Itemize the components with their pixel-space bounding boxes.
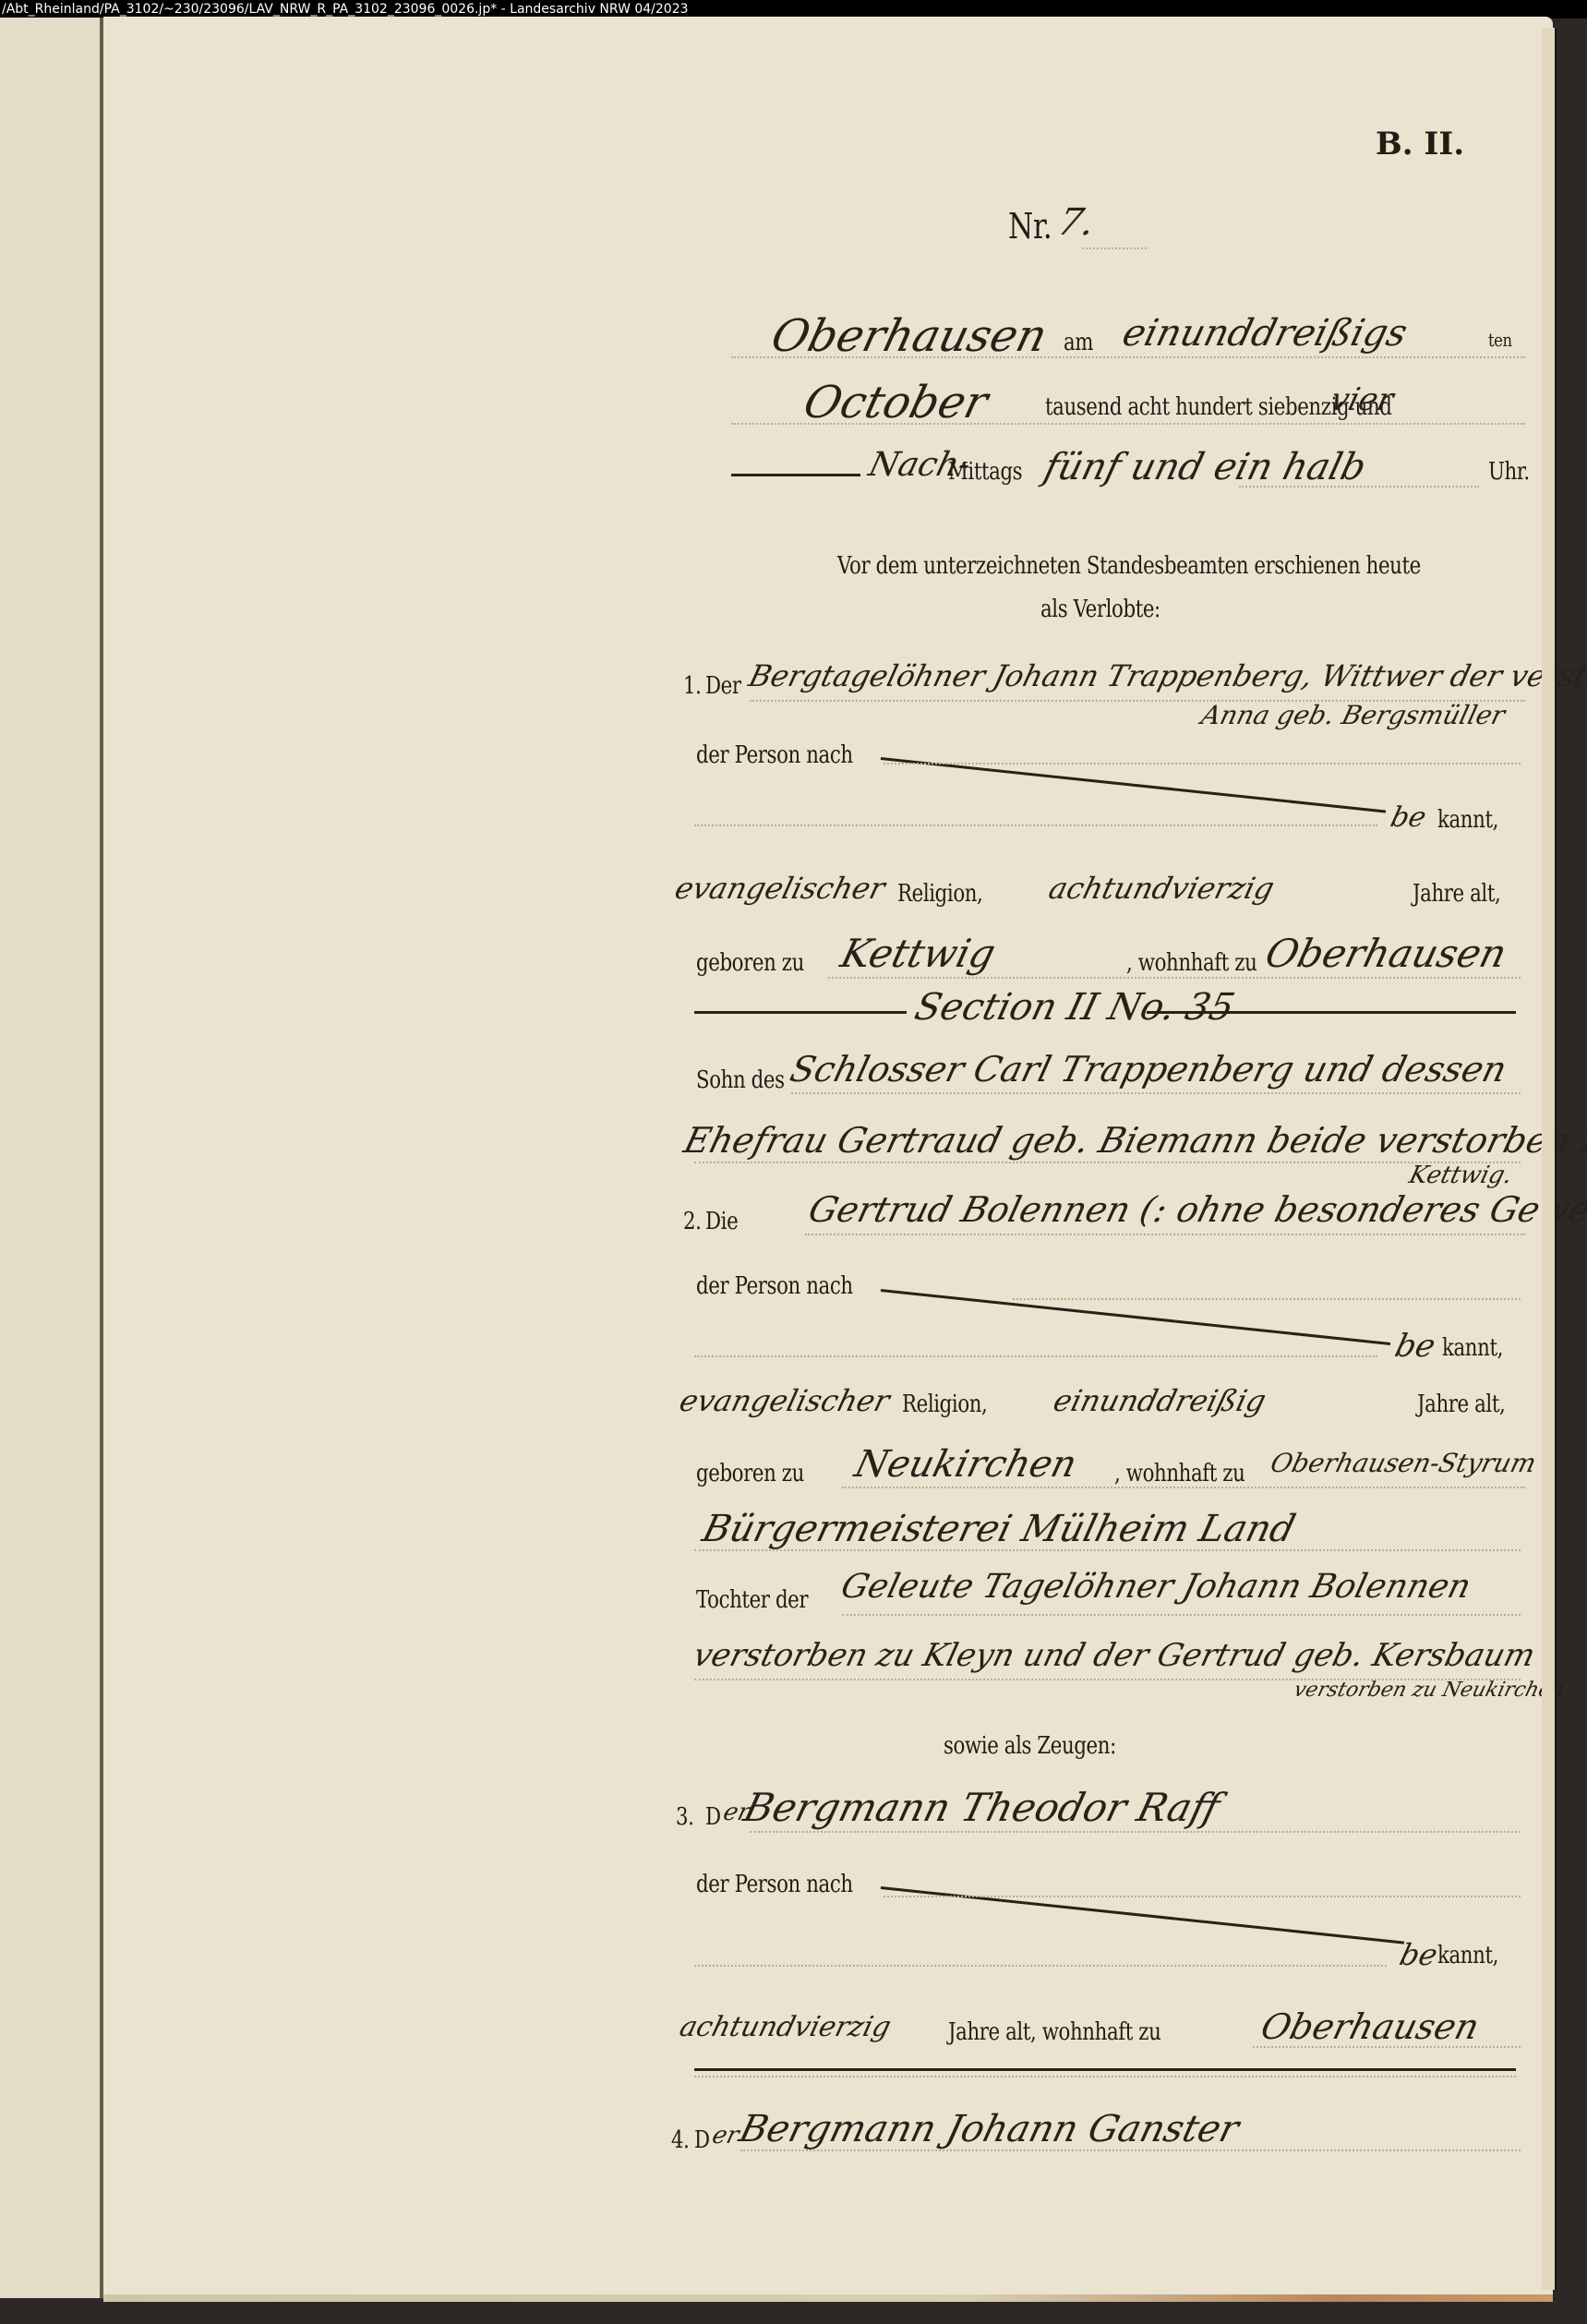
person1-dotline-2 — [884, 763, 1521, 765]
witness3-end-rule — [694, 2068, 1516, 2071]
person1-parents-line-2: Ehefrau Gertraud geb. Biemann beide vers… — [680, 1120, 1587, 1161]
left-page — [0, 18, 102, 2298]
person1-age-label: Jahre alt, — [1413, 880, 1500, 908]
window-title: /Abt_Rheinland/PA_3102/~230/23096/LAV_NR… — [2, 2, 689, 17]
person2-resides-hand: Oberhausen-Styrum — [1268, 1448, 1539, 1478]
witness3-person-nach: der Person nach — [696, 1871, 853, 1898]
intro-line-2: als Verlobte: — [1040, 596, 1160, 623]
person1-kannt-hand: be — [1388, 801, 1430, 834]
person2-index: 2. — [683, 1208, 702, 1235]
person2-dotline — [805, 1234, 1525, 1235]
person2-dotline-6 — [842, 1614, 1521, 1616]
month-hand: October — [799, 377, 992, 428]
person1-religion-label: Religion, — [897, 880, 982, 908]
person1-address-rule-left — [694, 1011, 907, 1014]
witness3-kannt-print: kannt, — [1437, 1942, 1498, 1969]
person2-parents-line-1: Geleute Tagelöhner Johann Bolennen — [837, 1568, 1474, 1606]
header-dotline-3 — [1239, 486, 1479, 488]
witness3-name-hand: Bergmann Theodor Raff — [739, 1785, 1224, 1830]
person2-born-hand: Neukirchen — [850, 1443, 1081, 1486]
person2-religion-label: Religion, — [902, 1391, 987, 1418]
person1-born-hand: Kettwig — [836, 931, 1000, 976]
person1-kannt-print: kannt, — [1437, 806, 1498, 834]
uhr-label: Uhr. — [1488, 458, 1530, 486]
person1-strike-diag — [881, 757, 1386, 813]
witness3-resides-hand: Oberhausen — [1257, 2006, 1484, 2047]
year-hand: vier — [1327, 381, 1397, 418]
intro-line-1: Vor dem unterzeichneten Standesbeamten e… — [837, 552, 1421, 580]
person1-dotline-6 — [694, 1162, 1521, 1163]
person2-religion-hand: evangelischer — [676, 1383, 893, 1418]
number-dotline — [1082, 247, 1147, 249]
person2-born-label: geboren zu — [696, 1460, 804, 1487]
window-title-bar: /Abt_Rheinland/PA_3102/~230/23096/LAV_NR… — [0, 0, 1587, 18]
header-dotline-1 — [731, 356, 1525, 358]
person2-article: Die — [705, 1208, 738, 1235]
witness4-article-print: D — [694, 2126, 710, 2154]
person1-age-hand: achtundvierzig — [1045, 871, 1278, 906]
witness3-dotline-2 — [884, 1896, 1521, 1897]
person1-dotline-3 — [694, 825, 1377, 826]
mittags-label: Mittags — [948, 458, 1022, 486]
witness3-age-label: Jahre alt, wohnhaft zu — [948, 2018, 1160, 2046]
person1-person-nach: der Person nach — [696, 741, 853, 769]
witness3-dotline-4 — [1253, 2046, 1521, 2048]
person1-parents-label: Sohn des — [696, 1066, 785, 1094]
person2-address-hand: Bürgermeisterei Mülheim Land — [698, 1508, 1299, 1550]
witness3-dotline — [750, 1831, 1521, 1833]
person1-resides-label: , wohnhaft zu — [1126, 949, 1256, 977]
person2-parents-label: Tochter der — [696, 1586, 808, 1614]
witness3-article-print: D — [705, 1803, 721, 1831]
am-label: am — [1064, 329, 1093, 356]
person2-dotline-2 — [1013, 1298, 1521, 1300]
witness4-name-hand: Bergmann Johann Ganster — [735, 2108, 1243, 2150]
person2-resides-label: , wohnhaft zu — [1114, 1460, 1244, 1487]
register-page: B. II. Nr. 7. Oberhausen am einunddreißi… — [103, 17, 1553, 2299]
person2-age-hand: einunddreißig — [1050, 1383, 1269, 1418]
person1-dotline — [750, 700, 1525, 702]
person2-name-hand: Gertrud Bolennen (: ohne besonderes Gewe… — [805, 1189, 1587, 1230]
person1-article: Der — [705, 672, 741, 700]
person1-address-rule-right — [1147, 1011, 1516, 1014]
place-hand: Oberhausen — [766, 310, 1052, 362]
day-hand: einunddreißigs — [1118, 312, 1412, 355]
person2-kannt-print: kannt, — [1442, 1334, 1503, 1362]
number-value: 7. — [1053, 201, 1100, 244]
number-label: Nr. — [1008, 206, 1052, 247]
person1-born-label: geboren zu — [696, 949, 804, 977]
person2-dotline-3 — [694, 1355, 1377, 1357]
header-dotline-2 — [731, 423, 1525, 425]
person1-dotline-4 — [828, 977, 1521, 979]
witness3-index: 3. — [676, 1803, 694, 1831]
person1-index: 1. — [683, 672, 702, 700]
person2-parents-line-2: verstorben zu Kleyn und der Gertrud geb.… — [690, 1637, 1539, 1674]
page-fore-edge — [1542, 28, 1557, 2290]
time-hand: fünf und ein halb — [1040, 446, 1370, 488]
person1-name-hand: Bergtagelöhner Johann Trappenberg, Wittw… — [745, 658, 1587, 693]
person2-parents-line-3: verstorben zu Neukirchen — [1292, 1679, 1567, 1702]
person2-age-label: Jahre alt, — [1417, 1391, 1505, 1418]
person1-religion-hand: evangelischer — [671, 871, 888, 906]
person1-dotline-5 — [791, 1092, 1521, 1094]
witness3-dotline-3 — [694, 1965, 1387, 1967]
section-mark: B. II. — [1376, 126, 1464, 163]
person1-name-hand-2: Anna geb. Bergsmüller — [1198, 700, 1509, 730]
witness3-dotline-5 — [694, 2076, 1516, 2077]
witness3-age-hand: achtundvierzig — [677, 2011, 895, 2043]
person1-resides-hand: Oberhausen — [1261, 931, 1511, 976]
person2-dotline-4 — [842, 1487, 1525, 1488]
ten-label: ten — [1488, 329, 1512, 351]
witness3-kannt-hand: be — [1396, 1937, 1441, 1972]
person1-parents-line-1: Schlosser Carl Trappenberg und dessen — [787, 1049, 1511, 1090]
person2-person-nach: der Person nach — [696, 1272, 853, 1300]
person2-dotline-5 — [694, 1549, 1521, 1551]
time-strike — [731, 474, 860, 476]
witness4-dotline — [740, 2149, 1521, 2151]
person1-address-hand: Section II No. 35 — [910, 986, 1238, 1029]
witness-heading: sowie als Zeugen: — [944, 1732, 1116, 1760]
witness4-index: 4. — [671, 2126, 690, 2154]
page-bottom-edge — [103, 2294, 1553, 2302]
person1-parents-line-3: Kettwig. — [1406, 1162, 1515, 1189]
person2-kannt-hand: be — [1391, 1328, 1439, 1365]
